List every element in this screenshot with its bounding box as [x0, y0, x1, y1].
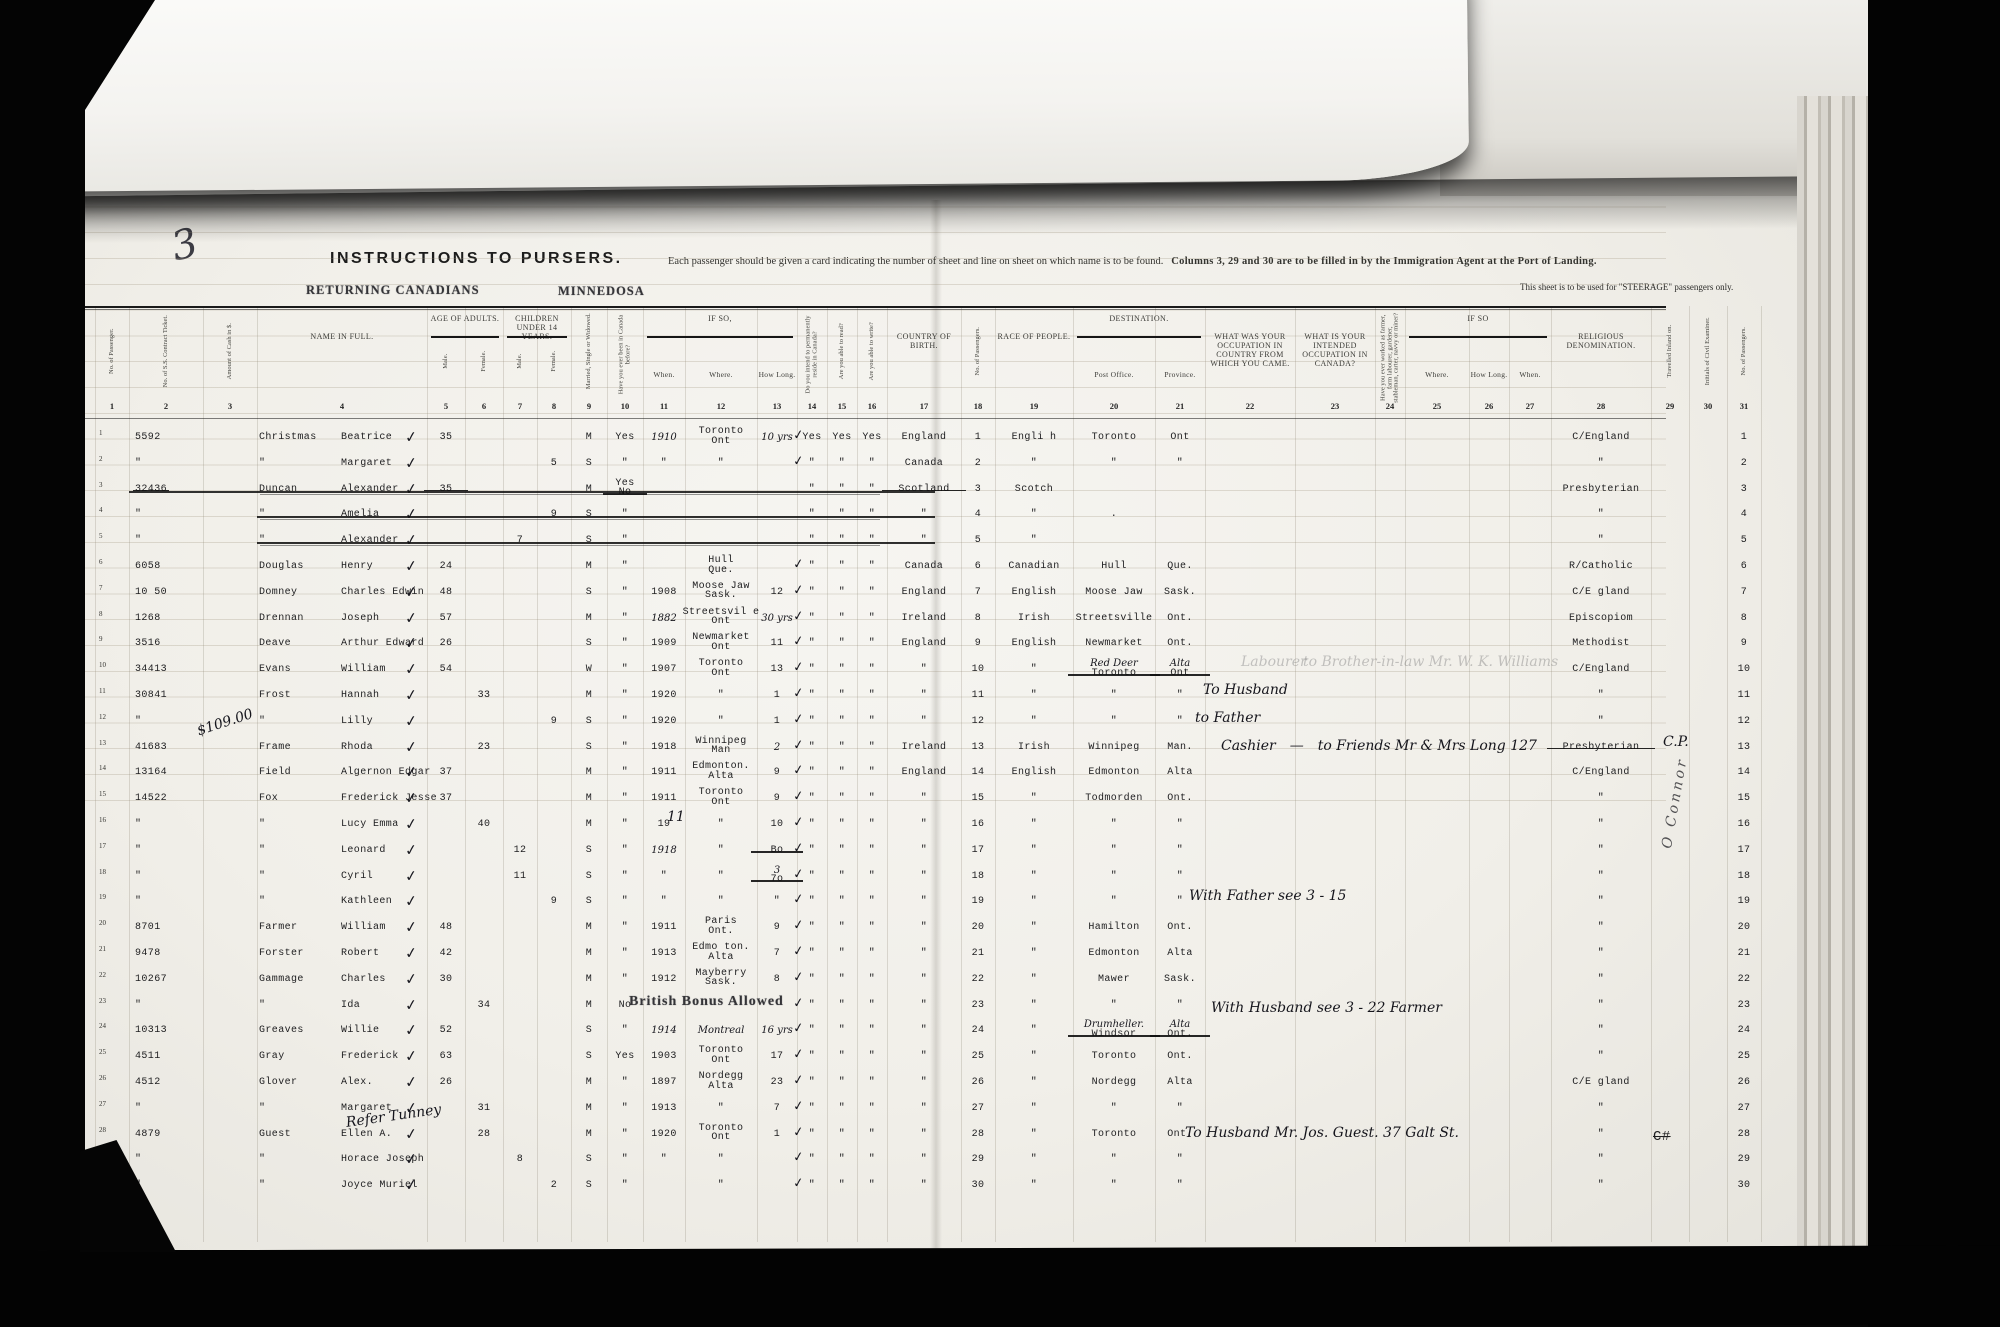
cell-text: ": [605, 562, 645, 572]
cell-marital: M: [569, 433, 609, 443]
column-group-header: If so: [1405, 314, 1551, 323]
cell-where: ": [679, 1155, 763, 1165]
cell-religion: ": [1549, 536, 1653, 546]
checkmark: ✓: [404, 479, 419, 500]
cell-text: 13: [961, 743, 995, 753]
cell-ticket-number: 13164: [135, 768, 167, 778]
scan-right-border: [1868, 0, 2000, 1327]
cell-write: ": [857, 872, 887, 882]
cell-marital: S: [569, 1026, 609, 1036]
cell-text: ": [1549, 923, 1653, 933]
cell-write: ": [857, 794, 887, 804]
column-number-13: 13: [757, 401, 797, 411]
group-header-rule: [1409, 336, 1547, 338]
cell-text: ": [827, 639, 857, 649]
cell-marital: S: [569, 1052, 609, 1062]
cell-text: Alta: [1152, 768, 1208, 778]
cell-text: Ont: [679, 437, 763, 447]
checkmark: ✓: [404, 427, 419, 448]
cell-religion: ": [1549, 459, 1653, 469]
cell-marital: M: [569, 691, 609, 701]
cell-read: ": [827, 743, 857, 753]
cell-text: 20: [961, 923, 995, 933]
cell-destination-post-office: .: [1070, 510, 1158, 520]
cell-text: 3: [1727, 485, 1761, 495]
cell-text: ": [1549, 691, 1653, 701]
cell-text: ": [857, 820, 887, 830]
cell-ticket-number: 8701: [135, 923, 161, 933]
cell-text: Sask.: [1152, 975, 1208, 985]
cell-text: Episcopiom: [1549, 614, 1653, 624]
cell-text: 8: [502, 1155, 538, 1165]
cell-given-name: Beatrice: [341, 433, 392, 443]
cell-text: Alta: [679, 1082, 763, 1092]
cell-surname: Christmas: [259, 433, 317, 443]
cell-text: ": [993, 949, 1075, 959]
cell-write: ": [857, 949, 887, 959]
row-number: 8: [99, 610, 103, 618]
cell-in-canada-before: ": [605, 717, 645, 727]
column-header-22: What was your occupation in country from…: [1207, 332, 1293, 368]
cell-text: Que.: [679, 566, 763, 576]
cell-religion: C/England: [1549, 433, 1653, 443]
cell-race: ": [993, 1026, 1075, 1036]
cell-write: ": [857, 1026, 887, 1036]
cell-country-of-birth: ": [884, 536, 964, 546]
cell-text: 11: [502, 872, 538, 882]
cell-religion: Presbyterian: [1549, 485, 1653, 495]
cell-text: ": [993, 665, 1075, 675]
column-header-2: No. of S.S. Contract Ticket.: [163, 305, 170, 397]
cell-text: ": [135, 459, 141, 469]
cell-text: ": [1549, 1052, 1653, 1062]
cell-country-of-birth: England: [884, 433, 964, 443]
cell-age-female: 33: [464, 691, 504, 701]
cell-text: ": [797, 1130, 827, 1140]
cell-text: M: [569, 1130, 609, 1140]
cell-write: Yes: [857, 433, 887, 443]
column-header-30: Initials of Civil Examiner.: [1705, 305, 1712, 397]
cell-text: ": [827, 768, 857, 778]
cell-destination-province: Que.: [1152, 562, 1208, 572]
cell-given-name: Frederick: [341, 1052, 399, 1062]
cell-text: 1: [961, 433, 995, 443]
cell-text: ": [993, 510, 1075, 520]
column-number-30: 30: [1689, 401, 1727, 411]
cell-text: 23: [464, 743, 504, 753]
cell-text: S: [569, 639, 609, 649]
column-number-1: 1: [95, 401, 129, 411]
cell-text: Canada: [884, 459, 964, 469]
cell-line-number: 14: [1727, 768, 1761, 778]
cell-marital: M: [569, 768, 609, 778]
handwritten-note: to Father: [1195, 710, 1260, 726]
cell-text: ": [1070, 1104, 1158, 1114]
cell-text: Canadian: [993, 562, 1075, 572]
cell-destination-province: ": [1152, 1181, 1208, 1191]
cell-text: ": [884, 665, 964, 675]
column-number-31: 31: [1727, 401, 1761, 411]
column-header-28: Religious Denomination.: [1553, 332, 1649, 350]
cell-given-name: Leonard: [341, 846, 386, 856]
column-number-7: 7: [503, 401, 537, 411]
cell-age-girl: 2: [536, 1181, 572, 1191]
cell-race: ": [993, 820, 1075, 830]
cell-destination-province: Alta: [1152, 1078, 1208, 1088]
cell-text: ": [884, 897, 964, 907]
cell-text: 9478: [135, 949, 161, 959]
cell-country-of-birth: England: [884, 588, 964, 598]
cell-text: ": [857, 846, 887, 856]
cell-destination-province: ": [1152, 1155, 1208, 1165]
cell-text: 26: [961, 1078, 995, 1088]
cell-text: ": [797, 1026, 827, 1036]
cell-destination-post-office: Toronto: [1070, 1052, 1158, 1062]
checkmark: ✓: [404, 814, 419, 835]
cell-country-of-birth: ": [884, 1001, 964, 1011]
cell-destination-post-office: Drumheller.Windsor: [1070, 1020, 1158, 1039]
cell-destination-province: Ont.: [1152, 1052, 1208, 1062]
cell-age-male: 37: [426, 768, 466, 778]
cell-text: English: [993, 768, 1075, 778]
cell-text: ": [1070, 691, 1158, 701]
column-number-3: 3: [203, 401, 257, 411]
cell-country-of-birth: ": [884, 923, 964, 933]
cell-write: ": [857, 768, 887, 778]
cell-text: Presbyterian: [1549, 485, 1653, 495]
column-number-20: 20: [1073, 401, 1155, 411]
cell-where: ": [679, 1104, 763, 1114]
cell-read: ": [827, 923, 857, 933]
cell-text: Que.: [1152, 562, 1208, 572]
cell-read: ": [827, 1001, 857, 1011]
checkmark: ✓: [404, 1150, 419, 1171]
cell-text: 18: [961, 872, 995, 882]
cell-text: ": [1549, 846, 1653, 856]
column-subheader-12: Where.: [685, 370, 757, 379]
column-number-23: 23: [1295, 401, 1375, 411]
cell-text: ": [797, 820, 827, 830]
cell-read: ": [827, 459, 857, 469]
cell-text: Yes: [857, 433, 887, 443]
cell-given-name: Robert: [341, 949, 379, 959]
cell-religion: ": [1549, 949, 1653, 959]
cell-text: 14: [1727, 768, 1761, 778]
cell-ticket-number: 6058: [135, 562, 161, 572]
cell-in-canada-before: ": [605, 846, 645, 856]
cell-ticket-number: 30841: [135, 691, 167, 701]
cell-text: S: [569, 1181, 609, 1191]
cell-passenger-count: 26: [961, 1078, 995, 1088]
checkmark: ✓: [404, 866, 419, 887]
cell-ticket-number: ": [135, 897, 141, 907]
cell-text: ": [857, 614, 887, 624]
cell-write: ": [857, 1181, 887, 1191]
cell-in-canada-before: ": [605, 1130, 645, 1140]
strike-through-line: [260, 519, 880, 520]
cell-age-girl: 5: [536, 459, 572, 469]
cell-text: 31: [464, 1104, 504, 1114]
cell-read: ": [827, 1052, 857, 1062]
cell-country-of-birth: ": [884, 794, 964, 804]
cell-line-number: 24: [1727, 1026, 1761, 1036]
cell-country-of-birth: ": [884, 975, 964, 985]
cell-ticket-number: 10 50: [135, 588, 167, 598]
cell-text: S: [569, 872, 609, 882]
column-number-26: 26: [1469, 401, 1509, 411]
cell-text: Methodist: [1549, 639, 1653, 649]
cell-text: ": [135, 872, 141, 882]
cell-given-name: Willie: [341, 1026, 379, 1036]
column-header-5: Male.: [443, 315, 450, 407]
cell-text: 28: [1727, 1130, 1761, 1140]
cell-text: Todmorden: [1070, 794, 1158, 804]
cell-age-female: 40: [464, 820, 504, 830]
column-subheader-21: Province.: [1155, 370, 1205, 379]
cell-ticket-number: 41683: [135, 743, 167, 753]
cell-text: ": [993, 1155, 1075, 1165]
cell-text: 15: [961, 794, 995, 804]
column-subheader-26: How Long.: [1469, 370, 1509, 379]
cell-text: ": [993, 897, 1075, 907]
cell-country-of-birth: ": [884, 1078, 964, 1088]
cell-text: M: [569, 1001, 609, 1011]
cell-text: ": [135, 1104, 141, 1114]
cell-text: ": [857, 1052, 887, 1062]
cell-age-girl: 9: [536, 717, 572, 727]
row-number: 4: [99, 506, 103, 514]
cell-where: Edmo ton.Alta: [679, 943, 763, 962]
strike-through-line: [257, 516, 935, 518]
cell-country-of-birth: Ireland: [884, 614, 964, 624]
cell-race: Canadian: [993, 562, 1075, 572]
cell-text: 29: [961, 1155, 995, 1165]
strike-through-line: [260, 545, 880, 546]
cell-age-male: 24: [426, 562, 466, 572]
cell-text: ": [993, 1026, 1075, 1036]
cell-text: ": [1549, 717, 1653, 727]
cell-write: ": [857, 1001, 887, 1011]
cell-line-number: 28: [1727, 1130, 1761, 1140]
cell-text: ": [1070, 1155, 1158, 1165]
cell-text: 19: [961, 897, 995, 907]
checkmark: ✓: [404, 556, 419, 577]
cell-text: Sask.: [679, 978, 763, 988]
cell-text: Man.: [1152, 743, 1208, 753]
cell-text: Ont: [679, 1133, 763, 1143]
cell-text: 54: [426, 665, 466, 675]
cell-in-canada-before: ": [605, 691, 645, 701]
handwritten-note: to Brother-in-law Mr. W. K. Williams: [1303, 654, 1558, 670]
cell-destination-province: Sask.: [1152, 975, 1208, 985]
cell-in-canada-before: ": [605, 820, 645, 830]
checkmark: ✓: [404, 1072, 419, 1093]
cell-race: ": [993, 846, 1075, 856]
cell-destination-post-office: Toronto: [1070, 433, 1158, 443]
cell-text: ": [605, 975, 645, 985]
cell-in-canada-before: ": [605, 949, 645, 959]
cell-text: Mawer: [1070, 975, 1158, 985]
checkmark: ✓: [404, 685, 419, 706]
cell-text: English: [993, 588, 1075, 598]
cell-text: ": [827, 1155, 857, 1165]
cell-line-number: 23: [1727, 1001, 1761, 1011]
cell-text: ": [884, 820, 964, 830]
cell-text: Ont: [1152, 669, 1208, 679]
cell-text: 26: [426, 1078, 466, 1088]
cell-text: 12: [961, 717, 995, 727]
cell-text: C/England: [1549, 768, 1653, 778]
cell-text: ": [135, 846, 141, 856]
cell-text: 48: [426, 923, 466, 933]
cell-text: ": [1549, 459, 1653, 469]
cell-marital: M: [569, 1078, 609, 1088]
strike-through-line: [260, 494, 880, 495]
cell-text: ": [605, 614, 645, 624]
cell-passenger-count: 28: [961, 1130, 995, 1140]
cell-text: ": [605, 639, 645, 649]
row-number: 22: [99, 971, 106, 979]
cell-text: M: [569, 1078, 609, 1088]
cell-text: ": [884, 1078, 964, 1088]
checkmark: ✓: [404, 530, 419, 551]
cell-passenger-count: 9: [961, 639, 995, 649]
cell-text: ": [827, 588, 857, 598]
cell-text: ": [797, 459, 827, 469]
cell-text: ": [884, 872, 964, 882]
cell-text: Farmer: [259, 923, 297, 933]
cell-text: ": [884, 1001, 964, 1011]
cell-passenger-count: 3: [961, 485, 995, 495]
cell-race: ": [993, 794, 1075, 804]
cell-text: ": [605, 872, 645, 882]
cell-text: M: [569, 614, 609, 624]
cell-surname: Greaves: [259, 1026, 304, 1036]
cell-marital: M: [569, 949, 609, 959]
cell-read: ": [827, 1181, 857, 1191]
cell-race: ": [993, 510, 1075, 520]
column-header-23: What is your intended occupation in Cana…: [1297, 332, 1373, 368]
cell-text: 11: [961, 691, 995, 701]
cell-line-number: 25: [1727, 1052, 1761, 1062]
cell-text: Alta: [1152, 949, 1208, 959]
cell-destination-province: Ont.: [1152, 794, 1208, 804]
cell-reside: ": [797, 691, 827, 701]
cell-destination-post-office: ": [1070, 1181, 1158, 1191]
cell-text: ": [884, 975, 964, 985]
cell-text: ": [827, 846, 857, 856]
cell-reside: ": [797, 639, 827, 649]
folded-over-page: [27, 0, 1469, 197]
cell-surname: ": [259, 1181, 265, 1191]
cell-in-canada-before: YesNo: [605, 479, 645, 498]
column-header-16: Are you able to write?: [869, 305, 876, 397]
cell-ticket-number: 3516: [135, 639, 161, 649]
cell-text: ": [797, 897, 827, 907]
cell-age-male: 52: [426, 1026, 466, 1036]
cell-text: M: [569, 691, 609, 701]
cell-passenger-count: 27: [961, 1104, 995, 1114]
cell-text: C/E gland: [1549, 588, 1653, 598]
cell-text: S: [569, 1155, 609, 1165]
cell-where: ": [679, 897, 763, 907]
checkmark: ✓: [404, 634, 419, 655]
row-number: 26: [99, 1074, 106, 1082]
cell-text: 57: [426, 614, 466, 624]
cell-text: ": [857, 588, 887, 598]
cell-text: ": [1152, 1181, 1208, 1191]
cell-text: ": [797, 923, 827, 933]
handwritten-note: With Husband see 3 - 22 Farmer: [1211, 1000, 1442, 1016]
cell-read: ": [827, 820, 857, 830]
cell-text: ": [1549, 1155, 1653, 1165]
cell-text: Windsor: [1070, 1030, 1158, 1040]
cell-text: ": [993, 846, 1075, 856]
cell-marital: S: [569, 639, 609, 649]
cell-text: English: [993, 639, 1075, 649]
cell-destination-province: ": [1152, 846, 1208, 856]
cell-reside: ": [797, 768, 827, 778]
cell-surname: Evans: [259, 665, 291, 675]
cell-text: S: [569, 846, 609, 856]
cell-passenger-count: 10: [961, 665, 995, 675]
cell-surname: Deave: [259, 639, 291, 649]
cell-text: Ont: [679, 1056, 763, 1066]
cell-country-of-birth: ": [884, 872, 964, 882]
cell-religion: ": [1549, 1155, 1653, 1165]
cell-passenger-count: 15: [961, 794, 995, 804]
column-header-6: Female.: [481, 315, 488, 407]
cell-passenger-count: 16: [961, 820, 995, 830]
cell-country-of-birth: ": [884, 846, 964, 856]
cell-write: ": [857, 1155, 887, 1165]
cell-in-canada-before: ": [605, 665, 645, 675]
cell-read: Yes: [827, 433, 857, 443]
cell-marital: M: [569, 794, 609, 804]
cell-text: Scotland: [884, 485, 964, 495]
cell-ticket-number: 9478: [135, 949, 161, 959]
cell-text: ": [884, 923, 964, 933]
cell-text: 1268: [135, 614, 161, 624]
checkmark: ✓: [404, 763, 419, 784]
cell-text: 34: [464, 1001, 504, 1011]
cell-text: 27: [1727, 1104, 1761, 1114]
cell-text: ": [1549, 1181, 1653, 1191]
cell-text: ": [1152, 1001, 1208, 1011]
cell-surname: Domney: [259, 588, 297, 598]
column-header-18: No. of Passengers.: [975, 305, 982, 397]
cell-passenger-count: 14: [961, 768, 995, 778]
cell-text: ": [605, 459, 645, 469]
cell-text: 24: [961, 1026, 995, 1036]
cell-text: 5: [536, 459, 572, 469]
cell-line-number: 26: [1727, 1078, 1761, 1088]
cell-text: 5: [1727, 536, 1761, 546]
checkmark: ✓: [404, 788, 419, 809]
cell-destination-province: Sask.: [1152, 588, 1208, 598]
cell-race: ": [993, 459, 1075, 469]
cell-write: ": [857, 897, 887, 907]
column-number-12: 12: [685, 401, 757, 411]
cell-text: ": [259, 872, 265, 882]
scan-left-border: [0, 0, 85, 1327]
column-number-4: 4: [257, 401, 427, 411]
cell-reside: ": [797, 975, 827, 985]
cell-text: ": [605, 949, 645, 959]
cell-text: ": [797, 1078, 827, 1088]
cell-read: ": [827, 1155, 857, 1165]
cell-race: ": [993, 1181, 1075, 1191]
